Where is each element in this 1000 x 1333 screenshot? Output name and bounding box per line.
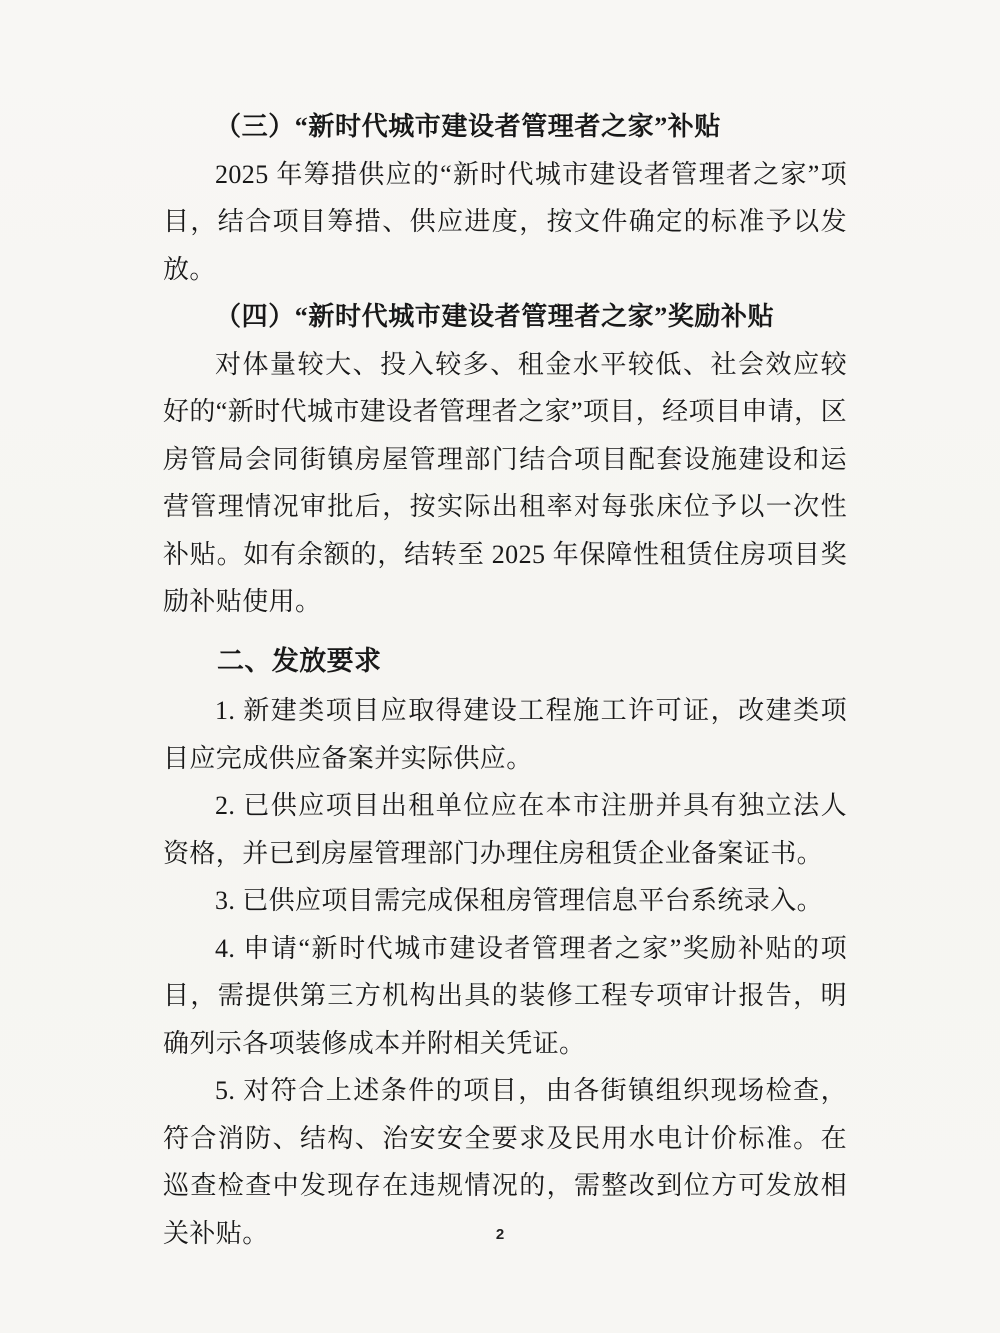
paragraph-item-3: 3. 已供应项目需完成保租房管理信息平台系统录入。 (163, 877, 847, 925)
paragraph-item-4: 4. 申请“新时代城市建设者管理者之家”奖励补贴的项目，需提供第三方机构出具的装… (163, 925, 847, 1068)
paragraph-item-2: 2. 已供应项目出租单位应在本市注册并具有独立法人资格，并已到房屋管理部门办理住… (163, 782, 847, 877)
paragraph-reward-subsidy: 对体量较大、投入较多、租金水平较低、社会效应较好的“新时代城市建设者管理者之家”… (163, 341, 847, 626)
paragraph-item-1: 1. 新建类项目应取得建设工程施工许可证，改建类项目应完成供应备案并实际供应。 (163, 687, 847, 782)
paragraph-subsidy-2025: 2025 年筹措供应的“新时代城市建设者管理者之家”项目，结合项目筹措、供应进度… (163, 151, 847, 294)
document-page: （三）“新时代城市建设者管理者之家”补贴 2025 年筹措供应的“新时代城市建设… (163, 103, 847, 1257)
page-footer: 2 (0, 1226, 1000, 1244)
section-heading-three: （三）“新时代城市建设者管理者之家”补贴 (163, 103, 847, 151)
section-heading-four: （四）“新时代城市建设者管理者之家”奖励补贴 (163, 293, 847, 341)
page-number: 2 (496, 1226, 504, 1243)
section-heading-requirements: 二、发放要求 (163, 638, 847, 686)
